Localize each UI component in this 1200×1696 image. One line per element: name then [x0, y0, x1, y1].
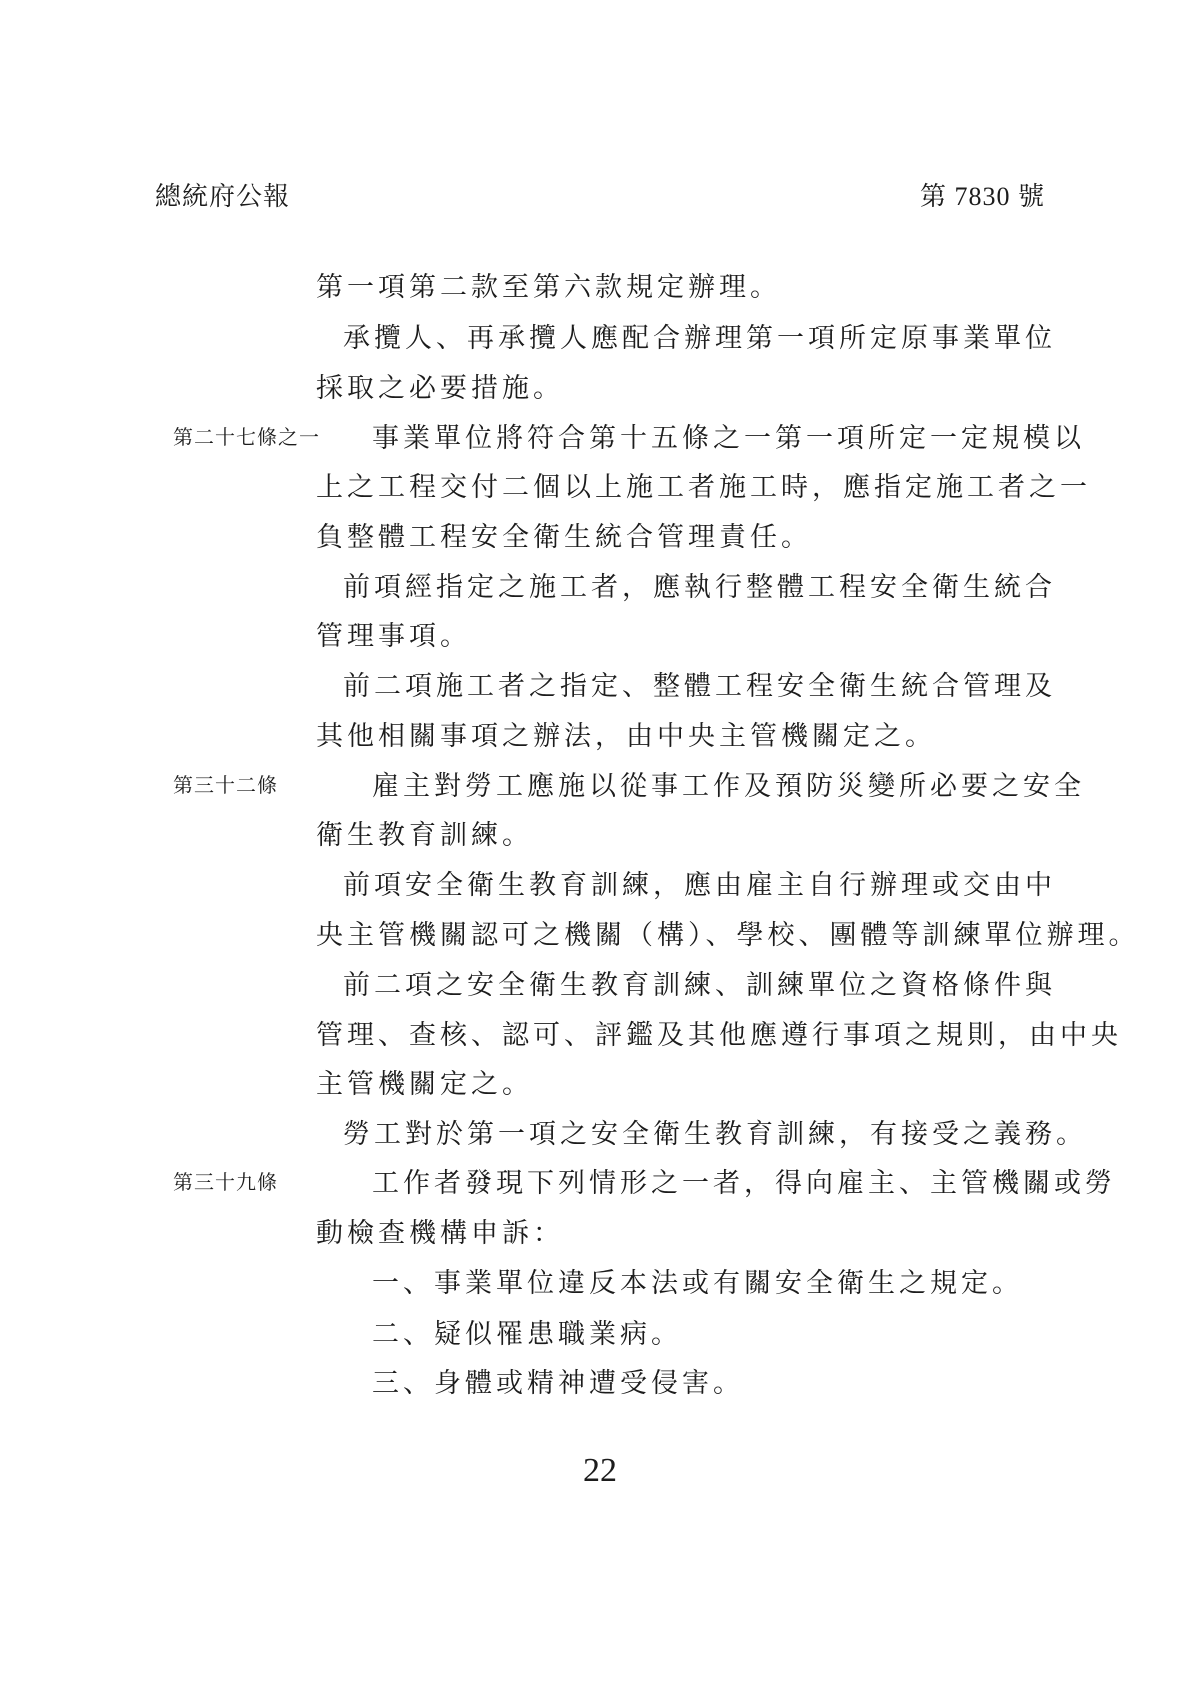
article-number-label: 第二十七條之一 — [173, 423, 320, 453]
text-line: 其他相關事項之辦法，由中央主管機關定之。 — [316, 715, 936, 757]
text-line: 央主管機關認可之機關（構）、學校、團體等訓練單位辦理。 — [316, 914, 1140, 956]
issue-number: 第 7830 號 — [920, 176, 1045, 213]
page-number: 22 — [583, 1452, 617, 1490]
text-line: 第一項第二款至第六款規定辦理。 — [316, 266, 781, 308]
text-line: 負整體工程安全衛生統合管理責任。 — [316, 516, 812, 558]
gazette-title: 總統府公報 — [155, 176, 290, 213]
text-line: 前二項之安全衛生教育訓練、訓練單位之資格條件與 — [343, 964, 1056, 1006]
article-number-label: 第三十九條 — [173, 1168, 278, 1198]
text-line: 三、身體或精神遭受侵害。 — [372, 1362, 744, 1404]
text-line: 勞工對於第一項之安全衛生教育訓練，有接受之義務。 — [343, 1113, 1087, 1155]
text-line: 事業單位將符合第十五條之一第一項所定一定規模以 — [372, 417, 1085, 459]
text-line: 前項經指定之施工者，應執行整體工程安全衛生統合 — [343, 566, 1056, 608]
text-line: 前項安全衛生教育訓練，應由雇主自行辦理或交由中 — [343, 864, 1056, 906]
text-line: 動檢查機構申訴： — [316, 1212, 564, 1254]
text-line: 二、疑似罹患職業病。 — [372, 1313, 682, 1355]
article-number-label: 第三十二條 — [173, 771, 278, 801]
text-line: 一、事業單位違反本法或有關安全衛生之規定。 — [372, 1262, 1023, 1304]
text-line: 前二項施工者之指定、整體工程安全衛生統合管理及 — [343, 665, 1056, 707]
text-line: 上之工程交付二個以上施工者施工時，應指定施工者之一 — [316, 466, 1091, 508]
text-line: 採取之必要措施。 — [316, 367, 564, 409]
text-line: 雇主對勞工應施以從事工作及預防災變所必要之安全 — [372, 765, 1085, 807]
text-line: 主管機關定之。 — [316, 1063, 533, 1105]
text-line: 承攬人、再承攬人應配合辦理第一項所定原事業單位 — [343, 317, 1056, 359]
text-line: 衛生教育訓練。 — [316, 814, 533, 856]
document-page: 總統府公報 第 7830 號 第二十七條之一 第三十二條 第三十九條 第一項第二… — [0, 0, 1200, 1696]
text-line: 管理事項。 — [316, 615, 471, 657]
text-line: 工作者發現下列情形之一者，得向雇主、主管機關或勞 — [372, 1162, 1116, 1204]
text-line: 管理、查核、認可、評鑑及其他應遵行事項之規則，由中央 — [316, 1014, 1122, 1056]
